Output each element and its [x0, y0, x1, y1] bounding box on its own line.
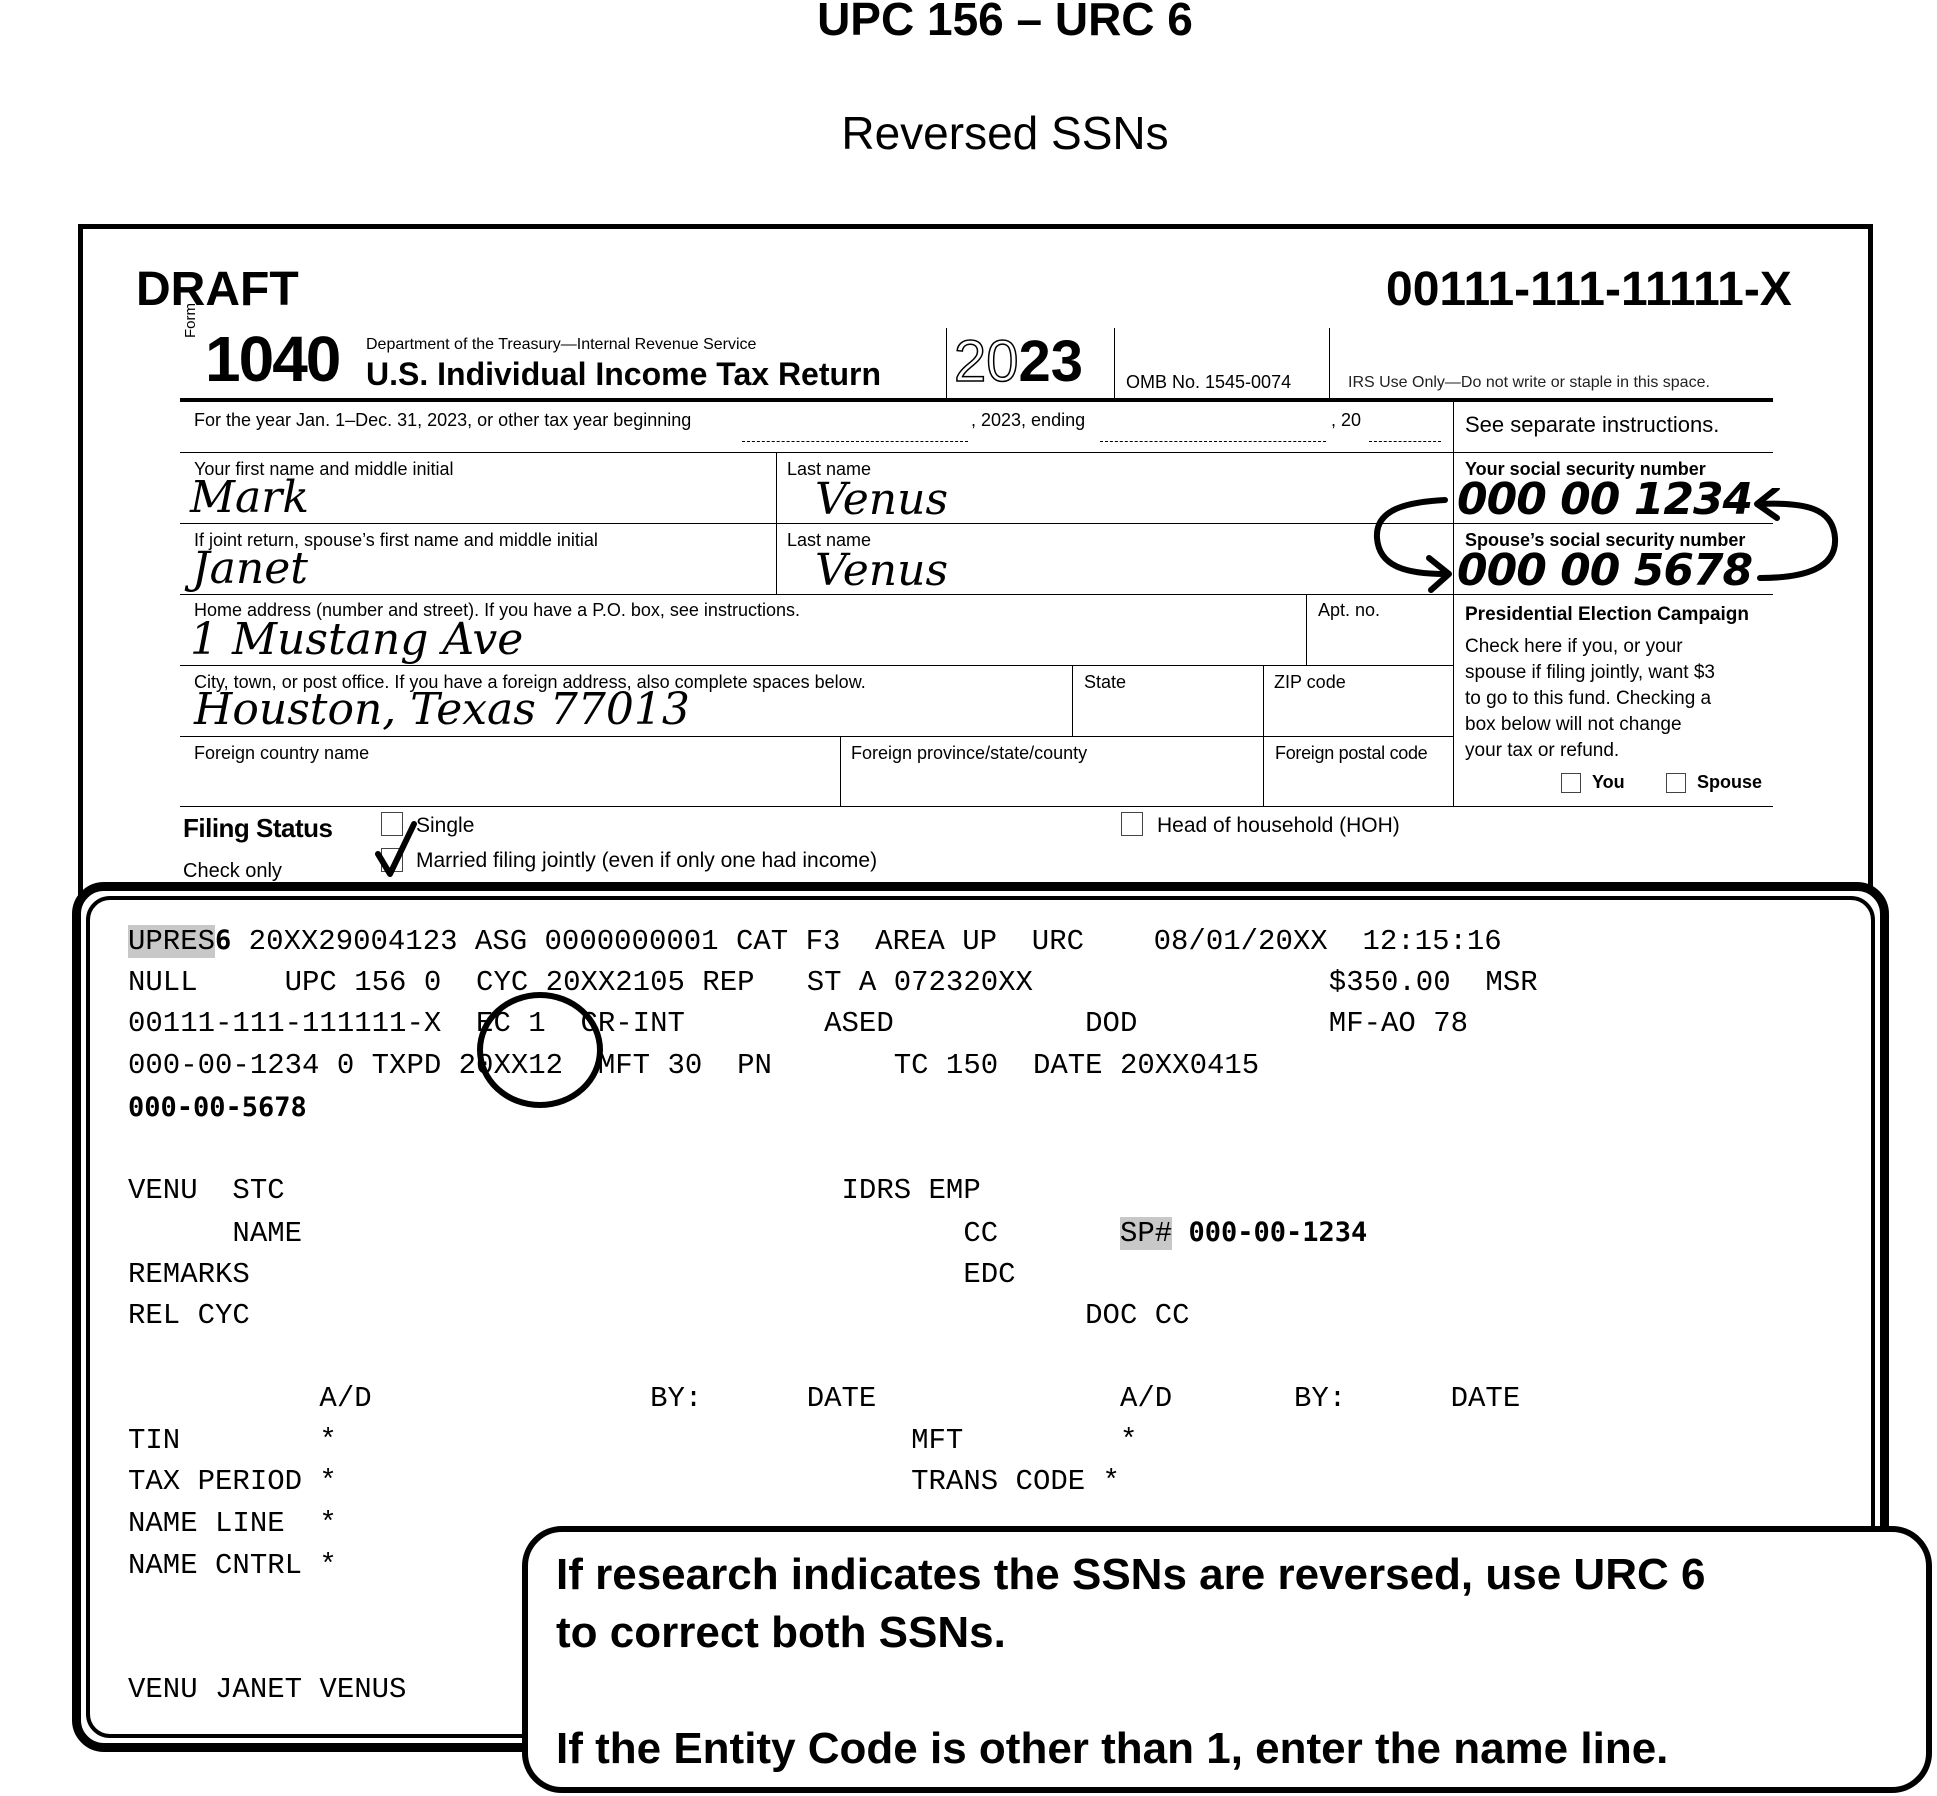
pec-you-checkbox[interactable] — [1561, 773, 1581, 793]
tax-year-20-label: , 20 — [1331, 410, 1361, 431]
row-rule — [180, 736, 1454, 737]
tax-year-20-field[interactable] — [1369, 441, 1441, 442]
tax-year-line: For the year Jan. 1–Dec. 31, 2023, or ot… — [194, 410, 691, 431]
divider — [946, 328, 947, 398]
hoh-checkbox[interactable] — [1121, 812, 1143, 836]
tax-year-suffix: 23 — [1019, 329, 1084, 394]
tax-year: 2023 — [954, 328, 1083, 395]
spouse-ssn-label-highlight: SP# — [1120, 1217, 1172, 1250]
tax-year-prefix: 20 — [954, 329, 1019, 394]
divider — [840, 736, 841, 806]
terminal-text: 20XX29004123 ASG 0000000001 CAT F3 AREA … — [231, 925, 1501, 958]
last-name-field[interactable]: Venus — [815, 474, 948, 525]
row-rule — [180, 452, 1773, 453]
checkmark-icon — [374, 820, 418, 878]
tax-year-end-field[interactable] — [1100, 441, 1326, 442]
terminal-line-19: VENU JANET VENUS — [128, 1669, 406, 1711]
divider — [1306, 594, 1307, 666]
pec-text-line: box below will not change — [1465, 712, 1715, 738]
callout-line-3: If the Entity Code is other than 1, ente… — [556, 1720, 1668, 1778]
pec-spouse-checkbox[interactable] — [1666, 773, 1686, 793]
entity-code-circle — [477, 992, 603, 1108]
divider — [1072, 665, 1073, 737]
row-rule — [180, 806, 1773, 807]
terminal-text: NAME CC — [128, 1217, 1120, 1250]
pec-you-label: You — [1592, 772, 1625, 793]
divider — [1114, 328, 1115, 398]
tax-year-ending-label: , 2023, ending — [971, 410, 1085, 431]
terminal-line-10: REL CYC DOC CC — [128, 1295, 1190, 1337]
divider — [1329, 328, 1330, 398]
foreign-postal-label: Foreign postal code — [1275, 743, 1427, 764]
single-label: Single — [416, 814, 474, 838]
terminal-line-4: 000-00-1234 0 TXPD 20XX12 MFT 30 PN TC 1… — [128, 1045, 1259, 1087]
form-name: U.S. Individual Income Tax Return — [366, 356, 881, 393]
divider — [1453, 402, 1454, 806]
terminal-line-7: VENU STC IDRS EMP — [128, 1170, 981, 1212]
omb-number: OMB No. 1545-0074 — [1126, 372, 1291, 393]
terminal-line-15: NAME LINE * — [128, 1503, 337, 1545]
terminal-line-12: A/D BY: DATE A/D BY: DATE — [128, 1378, 1520, 1420]
command-code-highlight: UPRES — [128, 925, 215, 958]
irs-use-only: IRS Use Only—Do not write or staple in t… — [1348, 374, 1710, 392]
terminal-line-3: 00111-111-111111-X EC 1 CR-INT ASED DOD … — [128, 1003, 1468, 1045]
terminal-line-16: NAME CNTRL * — [128, 1545, 337, 1587]
mfj-label: Married filing jointly (even if only one… — [416, 849, 877, 873]
foreign-country-label: Foreign country name — [194, 743, 369, 764]
pec-text-line: your tax or refund. — [1465, 738, 1715, 764]
department-line: Department of the Treasury—Internal Reve… — [366, 336, 756, 354]
filing-status-label: Filing Status — [183, 813, 333, 844]
city-field[interactable]: Houston, Texas 77013 — [194, 684, 690, 735]
see-instructions: See separate instructions. — [1465, 412, 1719, 438]
zip-label: ZIP code — [1274, 672, 1346, 693]
state-label: State — [1084, 672, 1126, 693]
tax-year-begin-field[interactable] — [742, 441, 968, 442]
header-rule — [180, 398, 1773, 402]
page-subtitle: Reversed SSNs — [0, 106, 1937, 160]
terminal-line-2: NULL UPC 156 0 CYC 20XX2105 REP ST A 072… — [128, 962, 1538, 1004]
pec-spouse-label: Spouse — [1697, 772, 1762, 793]
hoh-label: Head of household (HOH) — [1157, 814, 1400, 838]
swap-arrows-icon — [1365, 488, 1845, 598]
pec-text: Check here if you, or your spouse if fil… — [1465, 634, 1715, 764]
document-locator-number: 00111-111-11111-X — [1386, 262, 1792, 317]
terminal-line-1: UPRES6 20XX29004123 ASG 0000000001 CAT F… — [128, 920, 1502, 963]
page-title: UPC 156 – URC 6 — [0, 0, 1937, 46]
terminal-line-8: NAME CC SP# 000-00-1234 — [128, 1212, 1367, 1255]
draft-label: DRAFT — [136, 262, 299, 317]
spouse-last-name-field[interactable]: Venus — [815, 545, 948, 596]
check-only-label: Check only — [183, 860, 282, 883]
secondary-ssn: 000-00-5678 — [128, 1087, 307, 1129]
terminal-line-9: REMARKS EDC — [128, 1254, 1016, 1296]
pec-text-line: to go to this fund. Checking a — [1465, 686, 1715, 712]
pec-text-line: spouse if filing jointly, want $3 — [1465, 660, 1715, 686]
home-address-field[interactable]: 1 Mustang Ave — [190, 614, 523, 665]
spouse-ssn-input[interactable]: 000-00-1234 — [1172, 1217, 1367, 1248]
callout-line-1: If research indicates the SSNs are rever… — [556, 1546, 1705, 1604]
spouse-first-name-field[interactable]: Janet — [192, 543, 308, 594]
apt-label: Apt. no. — [1318, 600, 1380, 621]
pec-text-line: Check here if you, or your — [1465, 634, 1715, 660]
form-word: Form — [182, 303, 199, 338]
form-number: 1040 — [205, 322, 339, 396]
first-name-field[interactable]: Mark — [190, 472, 309, 523]
foreign-province-label: Foreign province/state/county — [851, 743, 1087, 764]
command-code-digit: 6 — [215, 925, 231, 956]
pec-title: Presidential Election Campaign — [1465, 604, 1749, 626]
terminal-line-14: TAX PERIOD * TRANS CODE * — [128, 1461, 1120, 1503]
callout-line-2: to correct both SSNs. — [556, 1604, 1006, 1662]
terminal-line-13: TIN * MFT * — [128, 1420, 1137, 1462]
